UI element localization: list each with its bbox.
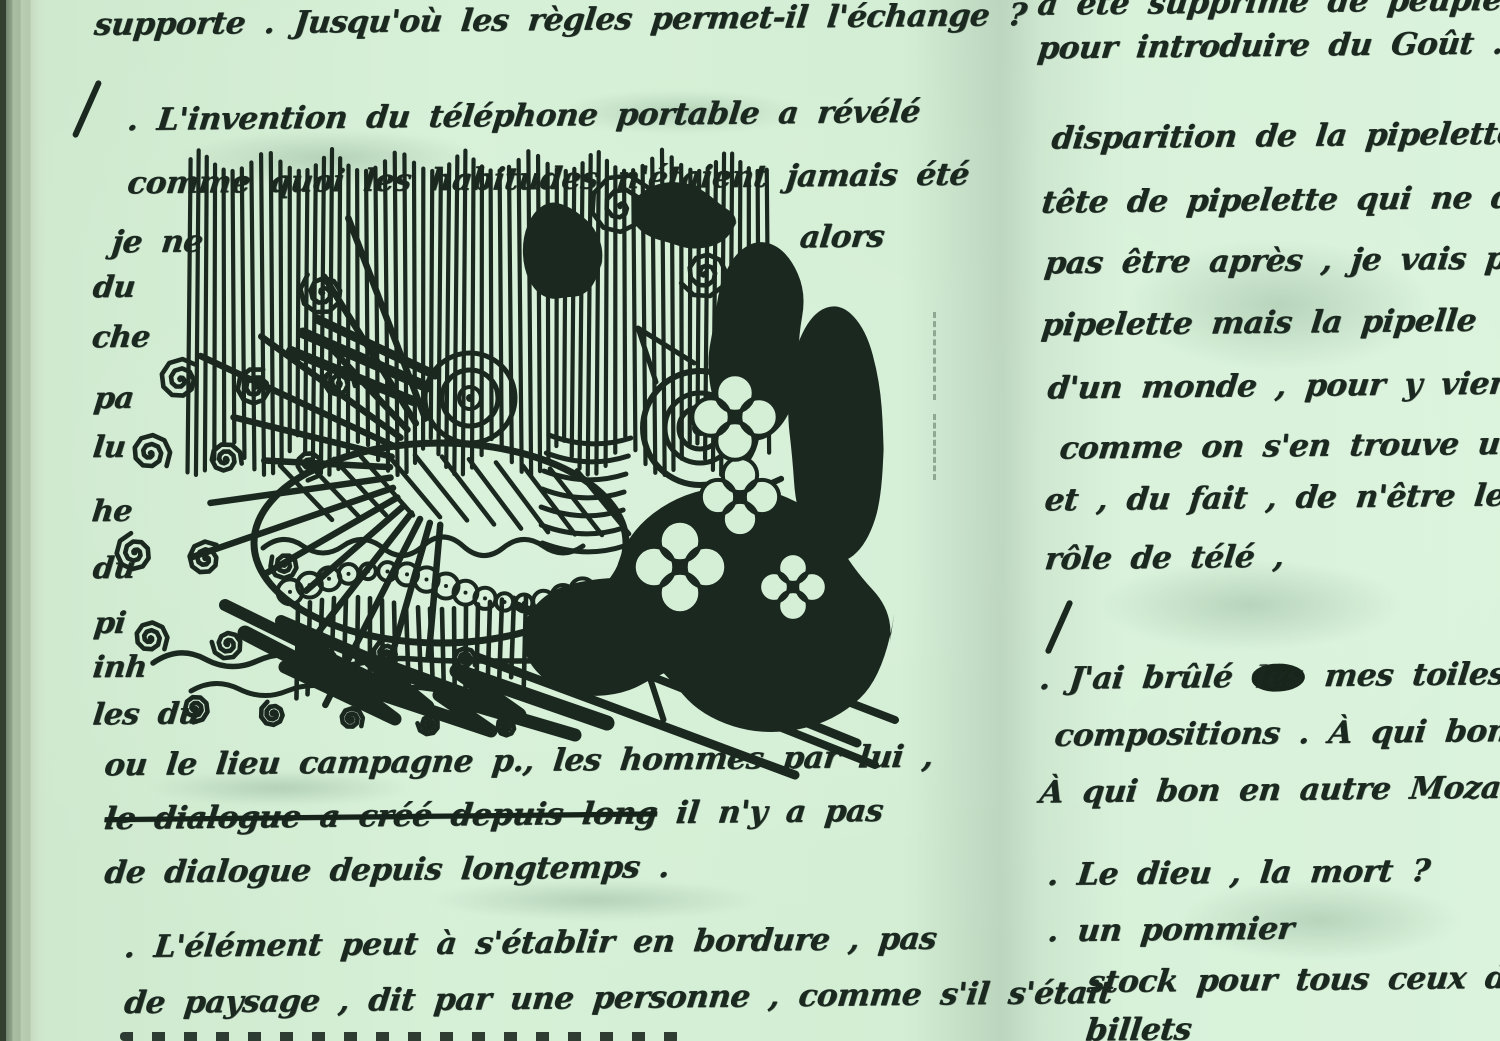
binding-stitch <box>933 414 936 480</box>
ink-blot-over-word: les <box>1250 662 1306 692</box>
correction-text: il n'y a pas <box>674 793 885 831</box>
handwritten-line: . Le dieu , la mort ? <box>1046 853 1432 893</box>
page-edge-stack <box>0 0 46 1041</box>
handwritten-line: disparition de la pipelette , <box>1050 115 1500 156</box>
handwritten-line: billets <box>1084 1011 1193 1041</box>
handwritten-line: À qui bon en autre Mozart <box>1038 769 1500 810</box>
handwritten-line: compositions . À qui bon reco <box>1053 712 1500 754</box>
handwritten-line: pour introduire du Goût . <box>1036 26 1500 67</box>
handwritten-line: d'un monde , pour y vient <box>1046 366 1500 407</box>
handwritten-line: . un pommier <box>1046 911 1296 950</box>
line-text: mes toiles et les <box>1303 655 1500 694</box>
handwritten-line: de dialogue depuis longtemps . <box>103 849 672 891</box>
ink-doodle-drawing <box>95 135 915 785</box>
handwritten-line: pipelette mais la pipelle <box>1040 303 1478 344</box>
clipped-line-strokes <box>120 1032 680 1041</box>
handwritten-line: rôle de télé , <box>1043 539 1286 577</box>
handwritten-line: comme on s'en trouve un n <box>1058 425 1500 466</box>
binding-stitch <box>933 312 936 400</box>
notebook-scan-page: { "document": { "kind": "scanned handwri… <box>0 0 1500 1041</box>
struck-through-text: le dialogue a créé depuis long <box>103 795 659 837</box>
handwritten-line: pas être après , je vais p <box>1043 241 1500 282</box>
line-text: . J'ai brûlé <box>1038 659 1254 697</box>
handwritten-line: . stock pour tous ceux des <box>1056 959 1500 1000</box>
handwritten-line-corrected: . J'ai brûlé les mes toiles et les <box>1038 655 1500 697</box>
handwritten-line: et , du fait , de n'être le <box>1043 478 1500 519</box>
handwritten-line: tête de pipelette qui ne doit <box>1040 179 1500 220</box>
